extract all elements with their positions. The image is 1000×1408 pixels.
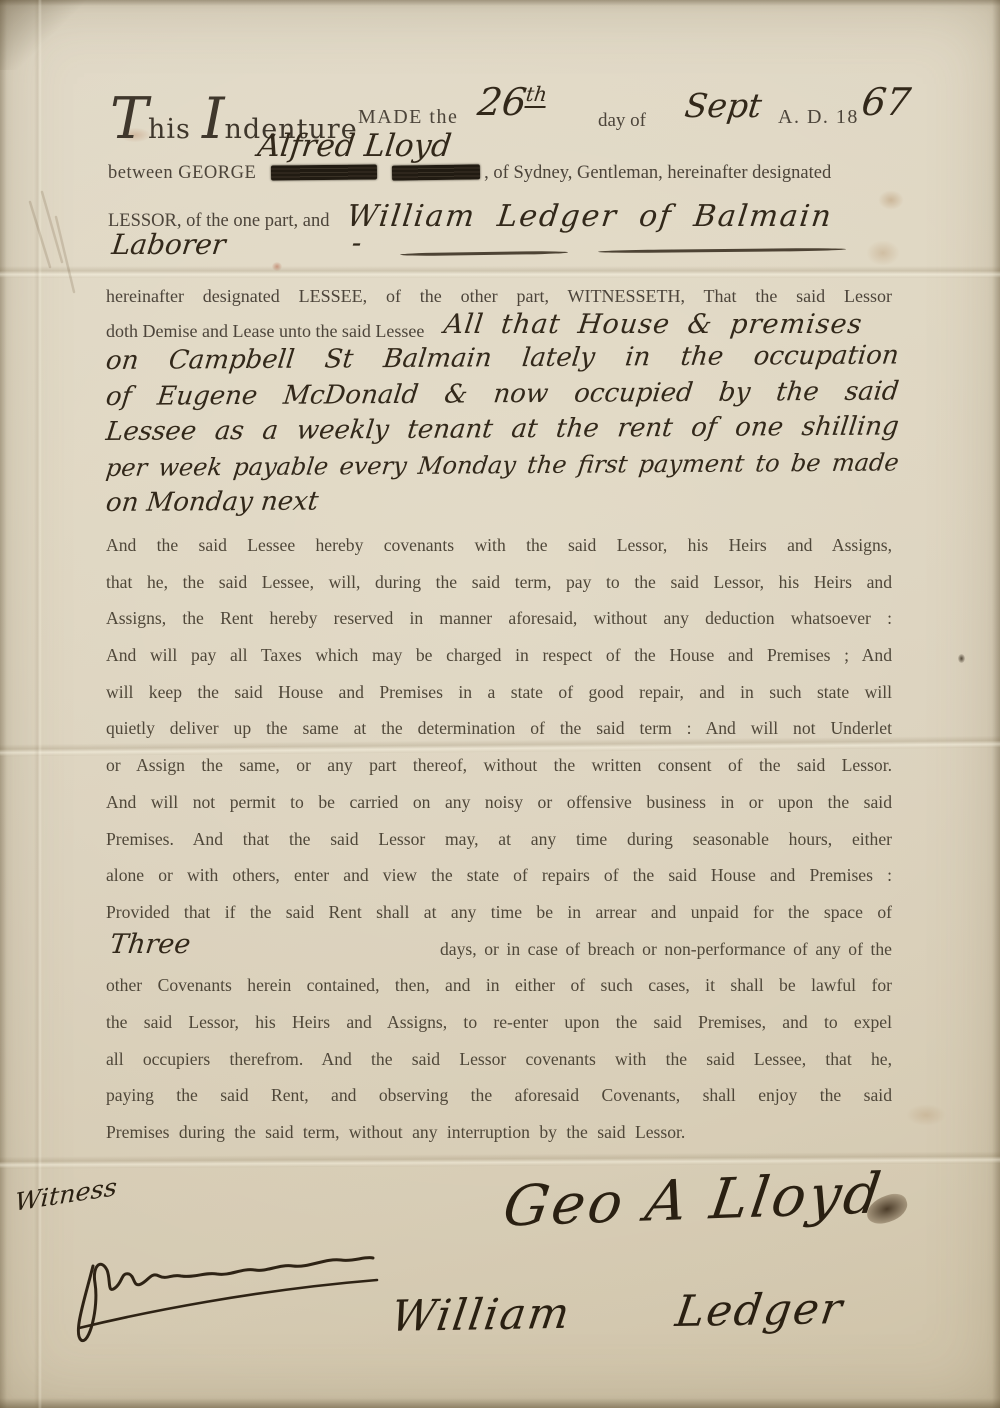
demise-printed-text: doth Demise and Lease unto the said Less… bbox=[106, 321, 424, 341]
scan-edge-bottom bbox=[0, 1398, 1000, 1408]
struck-out-word bbox=[271, 164, 377, 180]
covenant-line: Premises during the said term, without a… bbox=[106, 1114, 892, 1151]
opening-line: This Indenture MADE the 26th day of Sept… bbox=[110, 78, 910, 158]
covenant-line: paying the said Rent, and observing the … bbox=[106, 1077, 892, 1114]
covenant-block: And the said Lessee hereby covenants wit… bbox=[106, 527, 892, 1151]
occupation-handwritten: Laborer bbox=[110, 228, 227, 261]
day-of-label: day of bbox=[598, 110, 646, 132]
lessor-signature: Geo A Lloyd bbox=[499, 1161, 887, 1239]
covenant-line: all occupiers therefrom. And the said Le… bbox=[106, 1041, 892, 1078]
covenant-line: And the said Lessee hereby covenants wit… bbox=[106, 527, 892, 564]
demise-hand-line: Lessee as a weekly tenant at the rent of… bbox=[104, 409, 901, 450]
covenant-line: will keep the said House and Premises in… bbox=[106, 674, 892, 711]
indenture-document-page: This Indenture MADE the 26th day of Sept… bbox=[0, 0, 1000, 1408]
after-struck-text: , of Sydney, Gentleman, hereinafter desi… bbox=[484, 163, 831, 183]
covenant-after-blank-text: days, or in case of breach or non-perfor… bbox=[440, 931, 892, 968]
year-handwritten: 67 bbox=[859, 80, 913, 124]
blank-fill-handwritten: Three bbox=[108, 927, 193, 964]
paper-stain bbox=[906, 1104, 946, 1126]
witness-signature-flourish bbox=[55, 1228, 395, 1348]
month-handwritten: Sept bbox=[683, 86, 764, 125]
demise-hand-line: of Eugene McDonald & now occupied by the… bbox=[104, 374, 901, 415]
witnesseth-line: hereinafter designated LESSEE, of the ot… bbox=[106, 286, 892, 307]
scan-corner-shadow bbox=[0, 0, 90, 70]
covenant-line: Assigns, the Rent hereby reserved in man… bbox=[106, 600, 892, 637]
lessee-signature-last: Ledger bbox=[673, 1284, 848, 1337]
covenant-line: quietly deliver up the same at the deter… bbox=[106, 710, 892, 747]
ink-speck bbox=[958, 654, 965, 663]
covenant-line: Provided that if the said Rent shall at … bbox=[106, 894, 892, 931]
lessee-signature-first: William bbox=[388, 1289, 574, 1342]
covenant-line: the said Lessor, his Heirs and Assigns, … bbox=[106, 1004, 892, 1041]
demise-hand-line: on Campbell St Balmain lately in the occ… bbox=[104, 338, 901, 379]
margin-scribble bbox=[22, 172, 82, 332]
witness-label-handwritten: Witness bbox=[14, 1172, 118, 1216]
opening-word-this: This bbox=[110, 86, 191, 152]
inserted-lessor-name: Alfred Lloyd bbox=[256, 128, 454, 164]
covenant-line: that he, the said Lessee, will, during t… bbox=[106, 564, 892, 601]
lessee-signature: WilliamLedger bbox=[388, 1284, 847, 1342]
struck-out-word bbox=[391, 164, 479, 180]
demise-hand-line: on Monday next bbox=[104, 480, 901, 521]
covenant-blank-line: Three days, or in case of breach or non-… bbox=[106, 931, 892, 968]
scan-edge-right bbox=[992, 0, 1000, 1408]
made-the-label: MADE the bbox=[358, 106, 458, 129]
day-handwritten: 26th bbox=[478, 80, 547, 124]
demise-handwritten-start: All that House & premises bbox=[443, 309, 865, 340]
scan-edge-top bbox=[0, 0, 1000, 6]
scan-edge-left bbox=[0, 0, 7, 1408]
covenant-line: alone or with others, enter and view the… bbox=[106, 857, 892, 894]
between-george-text: between GEORGE bbox=[108, 163, 256, 183]
signature-gap bbox=[569, 1326, 674, 1328]
covenant-line: Premises. And that the said Lessor may, … bbox=[106, 821, 892, 858]
covenant-line: And will pay all Taxes which may be char… bbox=[106, 637, 892, 674]
between-line: between GEORGE , of Sydney, Gentleman, h… bbox=[108, 163, 898, 184]
year-printed: A. D. 18 bbox=[778, 106, 859, 129]
demise-handwritten-block: on Campbell St Balmain lately in the occ… bbox=[106, 344, 898, 522]
covenant-line: other Covenants herein contained, then, … bbox=[106, 967, 892, 1004]
covenant-line: And will not permit to be carried on any… bbox=[106, 784, 892, 821]
occupation-dash: - bbox=[350, 226, 364, 259]
demise-hand-line: per week payable every Monday the first … bbox=[104, 445, 901, 486]
covenant-line: or Assign the same, or any part thereof,… bbox=[106, 747, 892, 784]
